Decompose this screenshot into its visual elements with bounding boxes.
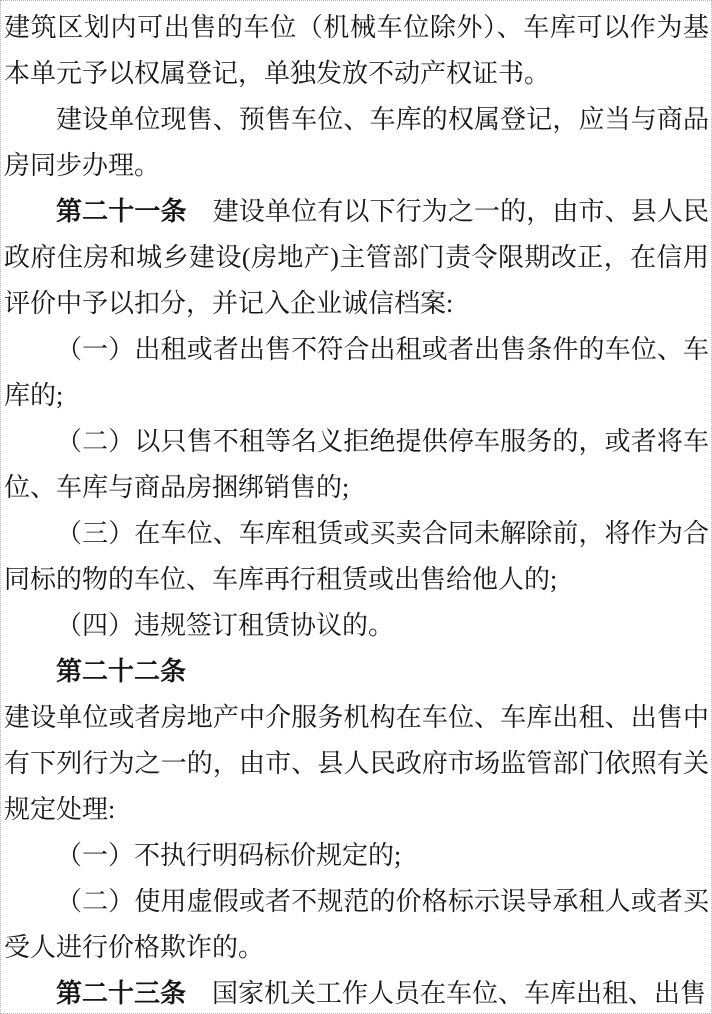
document-body: 建筑区划内可出售的车位（机械车位除外）、车库可以作为基本单元予以权属登记，单独发… (4, 5, 709, 1014)
text-run: 建设单位现售、预售车位、车库的权属登记，应当与商品房同步办理。 (4, 105, 709, 180)
document-page: 建筑区划内可出售的车位（机械车位除外）、车库可以作为基本单元予以权属登记，单独发… (0, 0, 712, 1014)
paragraph-article-21-item-2: （二）以只售不租等名义拒绝提供停车服务的，或者将车位、车库与商品房捆绑销售的; (4, 419, 709, 511)
text-run: （一）出租或者出售不符合出租或者出售条件的车位、车库的; (4, 335, 709, 410)
text-run: （三）在车位、车库租赁或买卖合同未解除前，将作为合同标的物的车位、车库再行租赁或… (4, 519, 709, 594)
paragraph-article-21-item-1: （一）出租或者出售不符合出租或者出售条件的车位、车库的; (4, 327, 709, 419)
text-run: （二）使用虚假或者不规范的价格标示误导承租人或者买受人进行价格欺诈的。 (4, 887, 709, 962)
article-number: 第二十二条 (56, 657, 186, 686)
paragraph-article-22-head: 第二十二条 (4, 649, 709, 695)
article-number: 第二十一条 (56, 197, 187, 226)
text-run: （四）违规签订租赁协议的。 (56, 611, 394, 640)
text-run: 建筑区划内可出售的车位（机械车位除外）、车库可以作为基本单元予以权属登记，单独发… (4, 13, 709, 88)
paragraph-continuation-registration: 建筑区划内可出售的车位（机械车位除外）、车库可以作为基本单元予以权属登记，单独发… (4, 5, 709, 97)
paragraph-article-21-item-3: （三）在车位、车库租赁或买卖合同未解除前，将作为合同标的物的车位、车库再行租赁或… (4, 511, 709, 603)
paragraph-article-22-item-1: （一）不执行明码标价规定的; (4, 833, 709, 879)
article-number: 第二十三条 (56, 979, 186, 1008)
text-run: 国家机关工作人员在车位、车库出租、出售 (186, 979, 706, 1008)
paragraph-article-21: 第二十一条 建设单位有以下行为之一的，由市、县人民政府住房和城乡建设(房地产)主… (4, 189, 709, 327)
paragraph-article-22-body: 建设单位或者房地产中介服务机构在车位、车库出租、出售中有下列行为之一的，由市、县… (4, 695, 709, 833)
text-run: （二）以只售不租等名义拒绝提供停车服务的，或者将车位、车库与商品房捆绑销售的; (4, 427, 709, 502)
paragraph-article-21-item-4: （四）违规签订租赁协议的。 (4, 603, 709, 649)
paragraph-article-22-item-2: （二）使用虚假或者不规范的价格标示误导承租人或者买受人进行价格欺诈的。 (4, 879, 709, 971)
text-run: （一）不执行明码标价规定的; (56, 841, 401, 870)
paragraph-presale-registration: 建设单位现售、预售车位、车库的权属登记，应当与商品房同步办理。 (4, 97, 709, 189)
paragraph-article-23: 第二十三条 国家机关工作人员在车位、车库出租、出售 (4, 971, 709, 1014)
text-run: 建设单位或者房地产中介服务机构在车位、车库出租、出售中有下列行为之一的，由市、县… (4, 703, 709, 824)
